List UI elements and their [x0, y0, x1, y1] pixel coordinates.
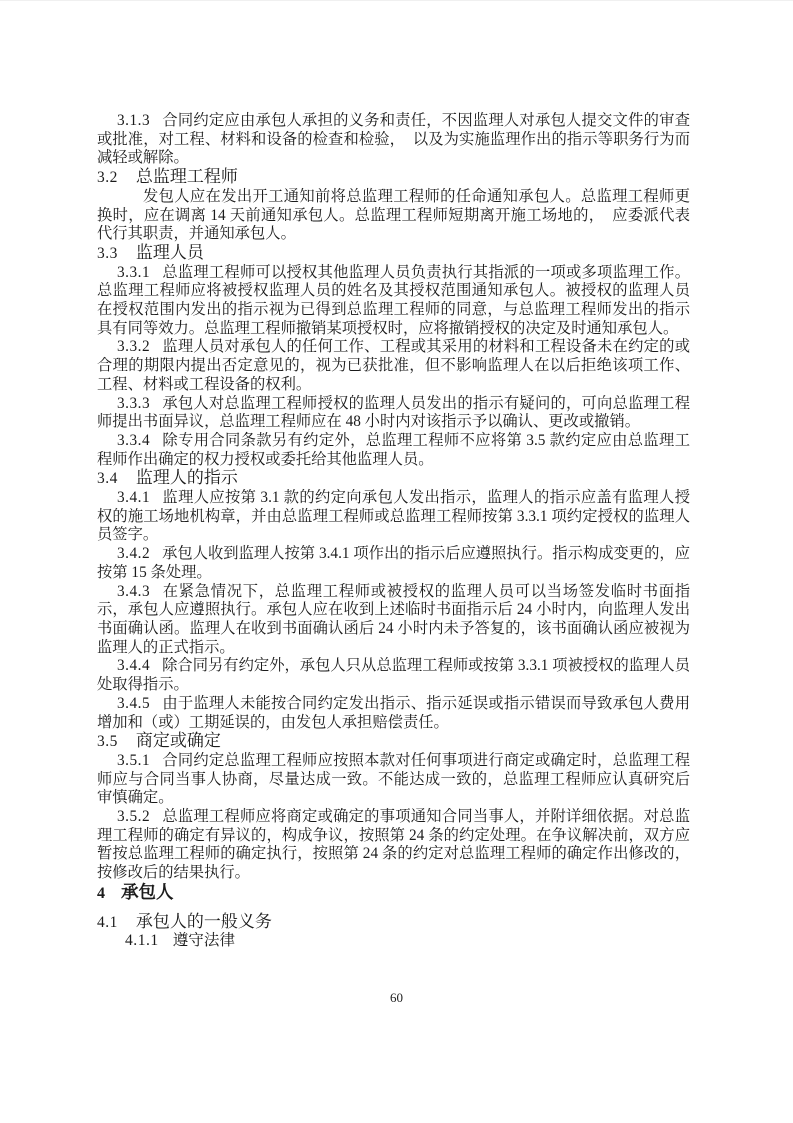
- clause-number: 4.1: [97, 914, 118, 931]
- paragraph-text: 合同约定应由承包人承担的义务和责任，不因监理人对承包人提交文件的审查或批准，对工…: [97, 112, 690, 166]
- clause-number: 3.5.2: [117, 808, 150, 825]
- paragraph-text: 总监理工程师应将商定或确定的事项通知合同当事人，并附详细依据。对总监理工程师的确…: [97, 808, 690, 881]
- section-heading: 4承包人: [97, 883, 690, 904]
- paragraph-text: 合同约定总监理工程师应按照本款对任何事项进行商定或确定时，总监理工程师应与合同当…: [97, 752, 690, 806]
- clause-number: 3.3: [97, 245, 118, 262]
- paragraph: 3.3.1总监理工程师可以授权其他监理人员负责执行其指派的一项或多项监理工作。总…: [97, 264, 690, 339]
- paragraph: 3.4.5由于监理人未能按合同约定发出指示、指示延误或指示错误而导致承包人费用增…: [97, 695, 690, 732]
- clause-number: 3.5: [97, 733, 118, 750]
- section-heading: 4.1.1遵守法律: [97, 932, 690, 951]
- paragraph: 3.1.3合同约定应由承包人承担的义务和责任，不因监理人对承包人提交文件的审查或…: [97, 112, 690, 168]
- paragraph: 3.4.1监理人应按第 3.1 款的约定向承包人发出指示，监理人的指示应盖有监理…: [97, 489, 690, 545]
- paragraph: 3.4.4除合同另有约定外，承包人只从总监理工程师或按第 3.3.1 项被授权的…: [97, 657, 690, 694]
- paragraph: 3.4.3在紧急情况下，总监理工程师或被授权的监理人员可以当场签发临时书面指示，…: [97, 583, 690, 658]
- paragraph-text: 除合同另有约定外，承包人只从总监理工程师或按第 3.3.1 项被授权的监理人员处…: [97, 657, 690, 693]
- clause-number: 4: [97, 885, 105, 902]
- paragraph: 3.4.2承包人收到监理人按第 3.4.1 项作出的指示后应遵照执行。指示构成变…: [97, 545, 690, 582]
- paragraph-text: 承包人对总监理工程师授权的监理人员发出的指示有疑问的，可向总监理工程师提出书面异…: [97, 395, 690, 431]
- paragraph-text: 总监理工程师可以授权其他监理人员负责执行其指派的一项或多项监理工作。总监理工程师…: [97, 264, 690, 337]
- paragraph-text: 在紧急情况下，总监理工程师或被授权的监理人员可以当场签发临时书面指示，承包人应遵…: [97, 583, 690, 656]
- section-heading: 3.4监理人的指示: [97, 469, 690, 489]
- clause-number: 3.4.2: [117, 545, 150, 562]
- heading-text: 承包人: [121, 882, 174, 902]
- paragraph-text: 监理人员对承包人的任何工作、工程或其采用的材料和工程设备未在约定的或合理的期限内…: [97, 338, 690, 392]
- document-body: 3.1.3合同约定应由承包人承担的义务和责任，不因监理人对承包人提交文件的审查或…: [97, 112, 690, 951]
- document-page: 3.1.3合同约定应由承包人承担的义务和责任，不因监理人对承包人提交文件的审查或…: [0, 0, 793, 1123]
- clause-number: 3.3.2: [117, 338, 150, 355]
- paragraph-text: 发包人应在发出开工通知前将总监理工程师的任命通知承包人。总监理工程师更换时，应在…: [97, 188, 690, 242]
- clause-number: 3.4.1: [117, 489, 150, 506]
- section-heading: 4.1承包人的一般义务: [97, 913, 690, 933]
- clause-number: 3.3.4: [117, 432, 150, 449]
- paragraph: 3.3.3承包人对总监理工程师授权的监理人员发出的指示有疑问的，可向总监理工程师…: [97, 395, 690, 432]
- paragraph: 3.5.1合同约定总监理工程师应按照本款对任何事项进行商定或确定时，总监理工程师…: [97, 752, 690, 808]
- section-heading: 3.2总监理工程师: [97, 168, 690, 188]
- clause-number: 4.1.1: [125, 932, 159, 949]
- clause-number: 3.3.1: [117, 264, 150, 281]
- section-heading: 3.5商定或确定: [97, 732, 690, 752]
- heading-text: 总监理工程师: [136, 167, 238, 186]
- paragraph: 3.5.2总监理工程师应将商定或确定的事项通知合同当事人，并附详细依据。对总监理…: [97, 808, 690, 883]
- clause-number: 3.4.3: [117, 583, 150, 600]
- paragraph-text: 承包人收到监理人按第 3.4.1 项作出的指示后应遵照执行。指示构成变更的，应按…: [97, 545, 690, 581]
- clause-number: 3.2: [97, 169, 118, 186]
- paragraph: 发包人应在发出开工通知前将总监理工程师的任命通知承包人。总监理工程师更换时，应在…: [97, 188, 690, 244]
- page-number: 60: [0, 990, 793, 1006]
- clause-number: 3.4: [97, 470, 118, 487]
- heading-text: 承包人的一般义务: [136, 912, 272, 931]
- heading-text: 监理人的指示: [136, 468, 238, 487]
- paragraph-text: 除专用合同条款另有约定外，总监理工程师不应将第 3.5 款约定应由总监理工程师作…: [97, 432, 690, 468]
- clause-number: 3.1.3: [117, 112, 150, 129]
- heading-text: 监理人员: [136, 243, 204, 262]
- clause-number: 3.4.5: [117, 695, 150, 712]
- paragraph: 3.3.4除专用合同条款另有约定外，总监理工程师不应将第 3.5 款约定应由总监…: [97, 432, 690, 469]
- clause-number: 3.3.3: [117, 395, 150, 412]
- paragraph-text: 由于监理人未能按合同约定发出指示、指示延误或指示错误而导致承包人费用增加和（或）…: [97, 695, 690, 731]
- clause-number: 3.4.4: [117, 657, 150, 674]
- heading-text: 商定或确定: [136, 731, 221, 750]
- paragraph-text: 监理人应按第 3.1 款的约定向承包人发出指示，监理人的指示应盖有监理人授权的施…: [97, 489, 690, 543]
- heading-text: 遵守法律: [173, 932, 235, 949]
- paragraph: 3.3.2监理人员对承包人的任何工作、工程或其采用的材料和工程设备未在约定的或合…: [97, 338, 690, 394]
- section-heading: 3.3监理人员: [97, 244, 690, 264]
- clause-number: 3.5.1: [117, 752, 150, 769]
